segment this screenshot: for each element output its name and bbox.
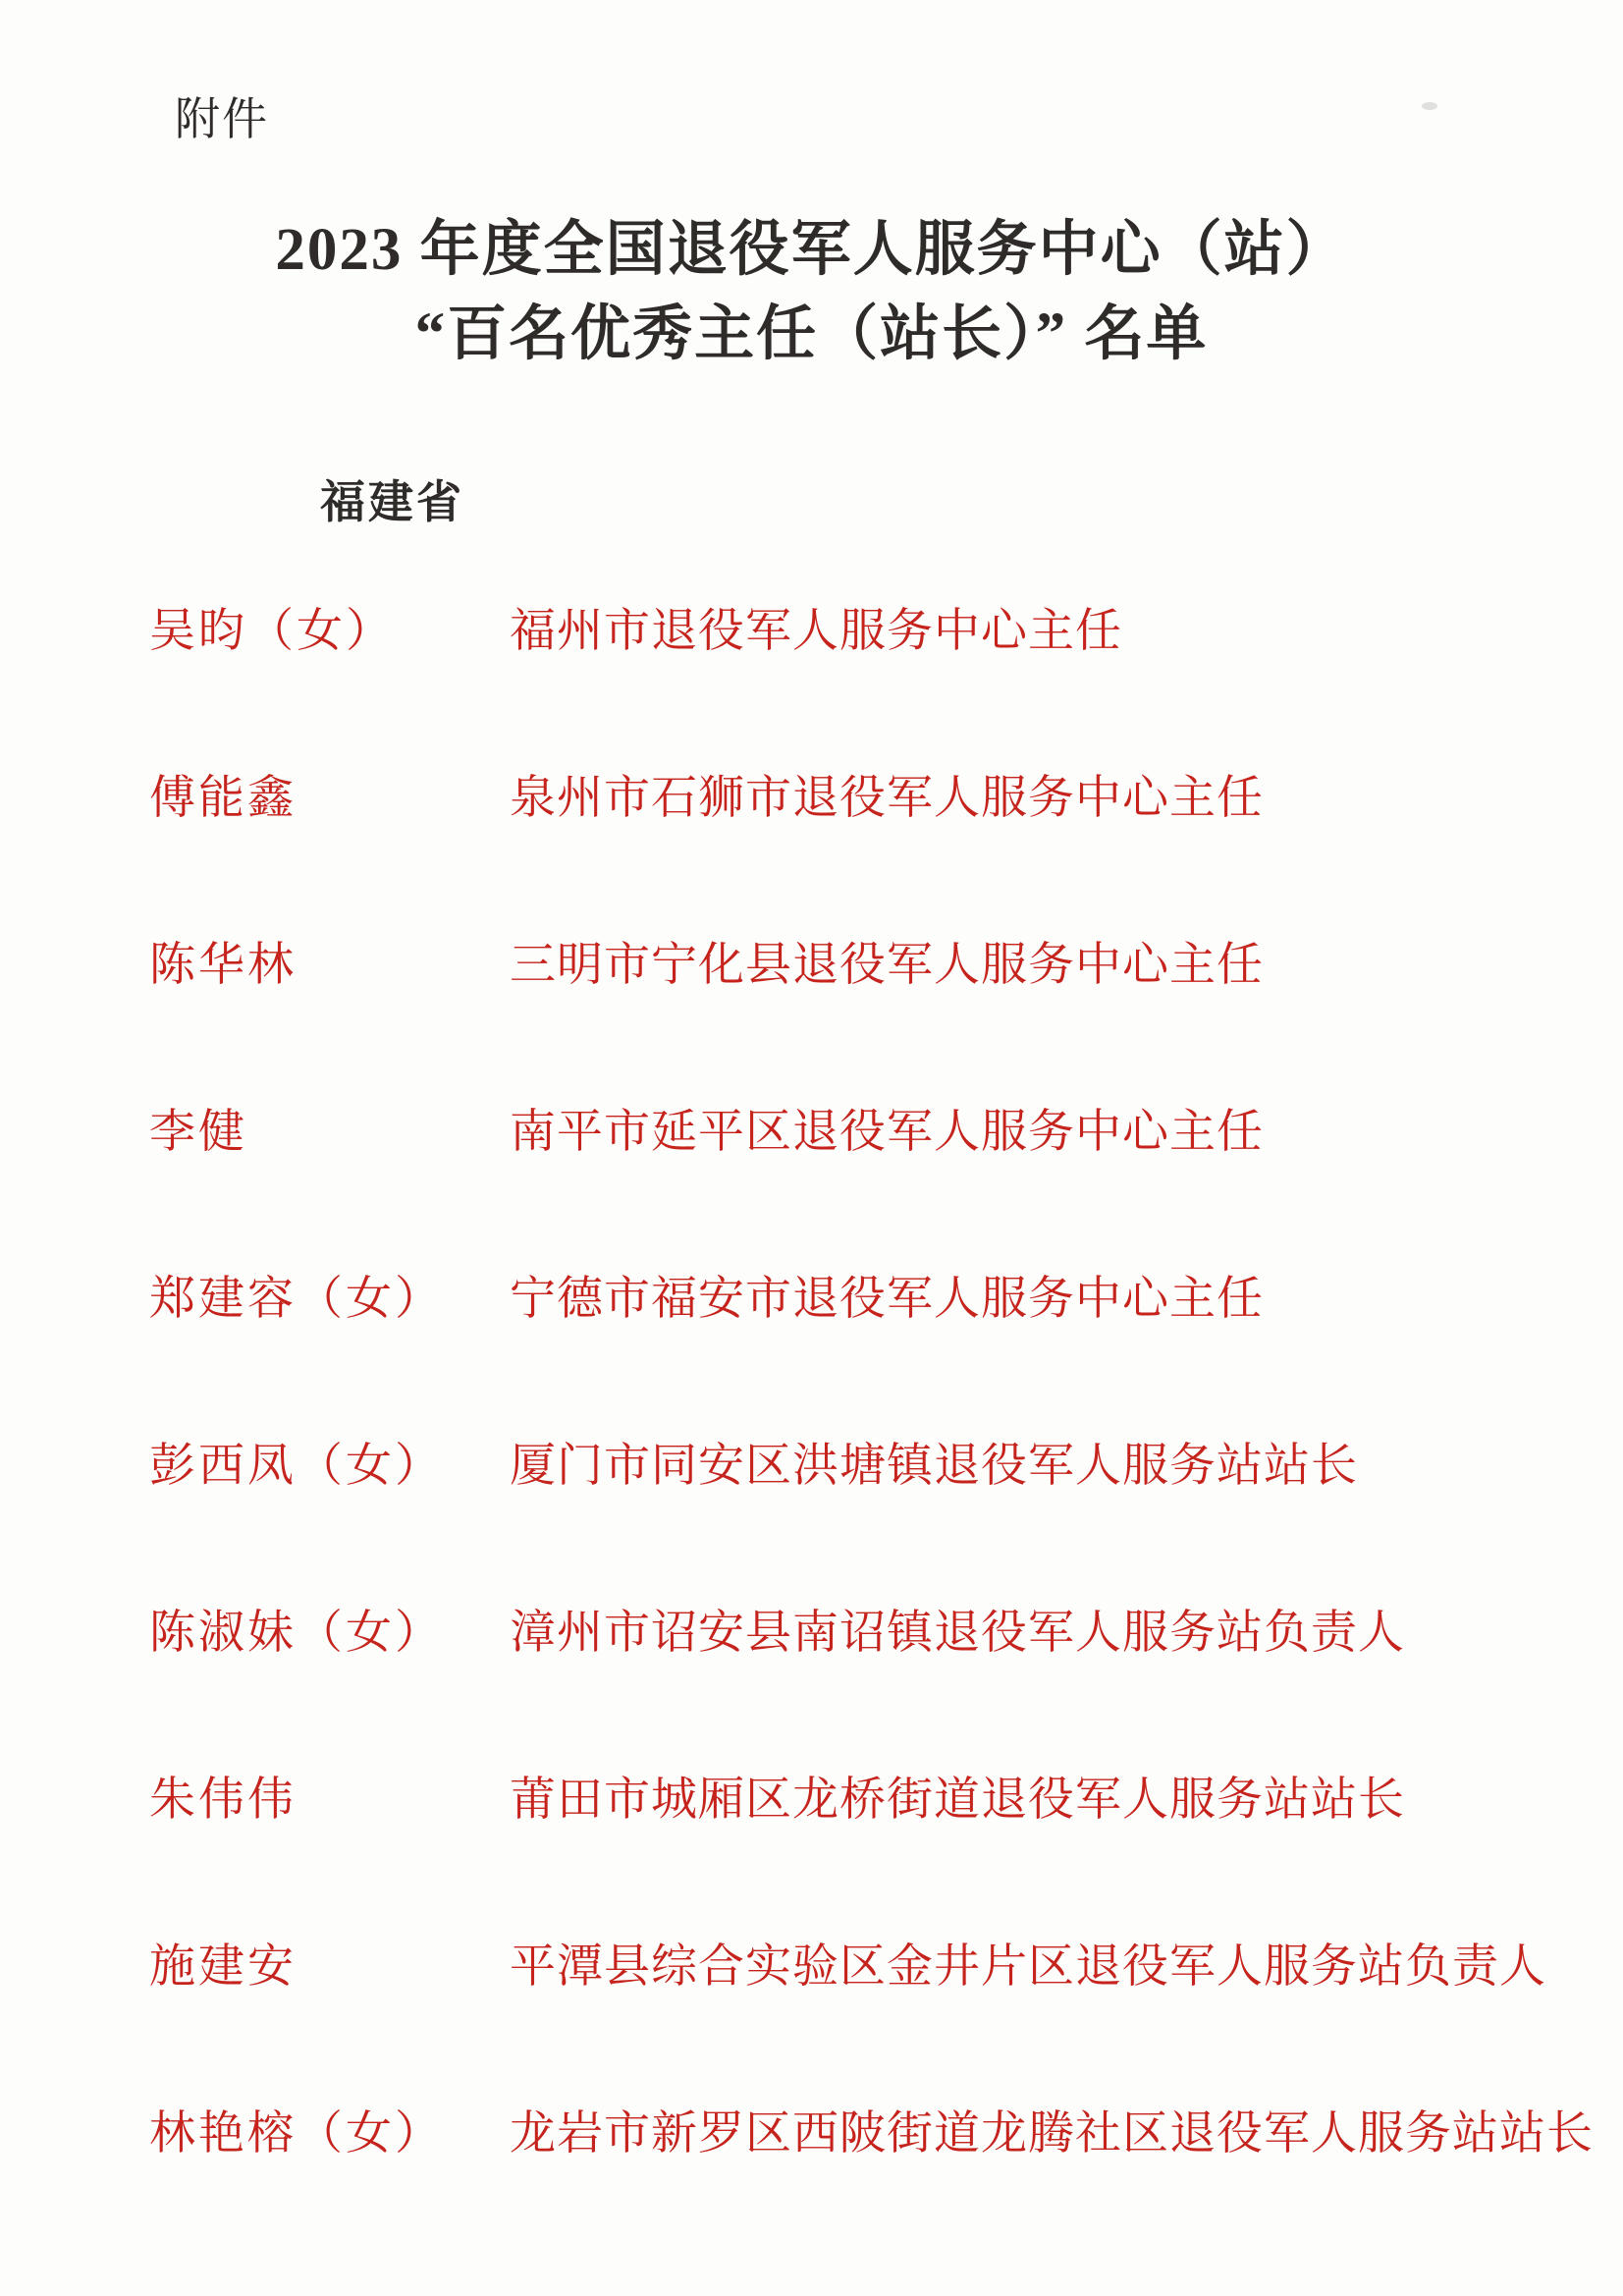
awardees-list: 吴昀（女） 福州市退役军人服务中心主任 傅能鑫 泉州市石狮市退役军人服务中心主任…	[0, 599, 1623, 2269]
awardee-position: 福州市退役军人服务中心主任	[510, 605, 1122, 658]
awardee-name: 林艳榕（女）	[149, 2107, 444, 2160]
awardee-row: 陈淑妹（女） 漳州市诏安县南诏镇退役军人服务站负责人	[0, 1601, 1623, 1768]
awardee-name: 施建安	[149, 1941, 297, 1994]
awardee-row: 彭西凤（女） 厦门市同安区洪塘镇退役军人服务站站长	[0, 1434, 1623, 1601]
awardee-position: 平潭县综合实验区金井片区退役军人服务站负责人	[510, 1941, 1546, 1994]
awardee-position: 宁德市福安市退役军人服务中心主任	[510, 1273, 1264, 1326]
awardee-name: 李健	[149, 1106, 247, 1159]
attachment-label: 附件	[175, 94, 269, 144]
awardee-name: 傅能鑫	[149, 772, 297, 825]
awardee-row: 朱伟伟 莆田市城厢区龙桥街道退役军人服务站站长	[0, 1768, 1623, 1935]
awardee-name: 彭西凤（女）	[149, 1440, 444, 1493]
awardee-row: 林艳榕（女） 龙岩市新罗区西陂街道龙腾社区退役军人服务站站长	[0, 2102, 1623, 2269]
awardee-row: 郑建容（女） 宁德市福安市退役军人服务中心主任	[0, 1267, 1623, 1434]
awardee-position: 三明市宁化县退役军人服务中心主任	[510, 939, 1264, 992]
awardee-name: 朱伟伟	[149, 1774, 297, 1827]
document-title-line-1: 2023 年度全国退役军人服务中心（站）	[0, 208, 1623, 293]
awardee-name: 郑建容（女）	[149, 1273, 444, 1326]
awardee-position: 漳州市诏安县南诏镇退役军人服务站负责人	[510, 1607, 1405, 1660]
awardee-name: 陈华林	[149, 939, 297, 992]
awardee-position: 龙岩市新罗区西陂街道龙腾社区退役军人服务站站长	[510, 2107, 1594, 2160]
awardee-position: 莆田市城厢区龙桥街道退役军人服务站站长	[510, 1774, 1405, 1827]
document-title-line-2: “百名优秀主任（站长）” 名单	[0, 293, 1623, 377]
document-title: 2023 年度全国退役军人服务中心（站） “百名优秀主任（站长）” 名单	[0, 208, 1623, 377]
awardee-row: 李健 南平市延平区退役军人服务中心主任	[0, 1100, 1623, 1267]
scanned-document-page: 附件 2023 年度全国退役军人服务中心（站） “百名优秀主任（站长）” 名单 …	[0, 0, 1623, 2296]
province-heading: 福建省	[320, 477, 464, 527]
awardee-position: 泉州市石狮市退役军人服务中心主任	[510, 772, 1264, 825]
scan-artifact	[1422, 102, 1437, 110]
awardee-position: 南平市延平区退役军人服务中心主任	[510, 1106, 1264, 1159]
awardee-position: 厦门市同安区洪塘镇退役军人服务站站长	[510, 1440, 1358, 1493]
awardee-row: 施建安 平潭县综合实验区金井片区退役军人服务站负责人	[0, 1935, 1623, 2102]
awardee-name: 吴昀（女）	[149, 605, 395, 658]
awardee-row: 吴昀（女） 福州市退役军人服务中心主任	[0, 599, 1623, 766]
awardee-row: 傅能鑫 泉州市石狮市退役军人服务中心主任	[0, 766, 1623, 933]
awardee-name: 陈淑妹（女）	[149, 1607, 444, 1660]
awardee-row: 陈华林 三明市宁化县退役军人服务中心主任	[0, 933, 1623, 1100]
